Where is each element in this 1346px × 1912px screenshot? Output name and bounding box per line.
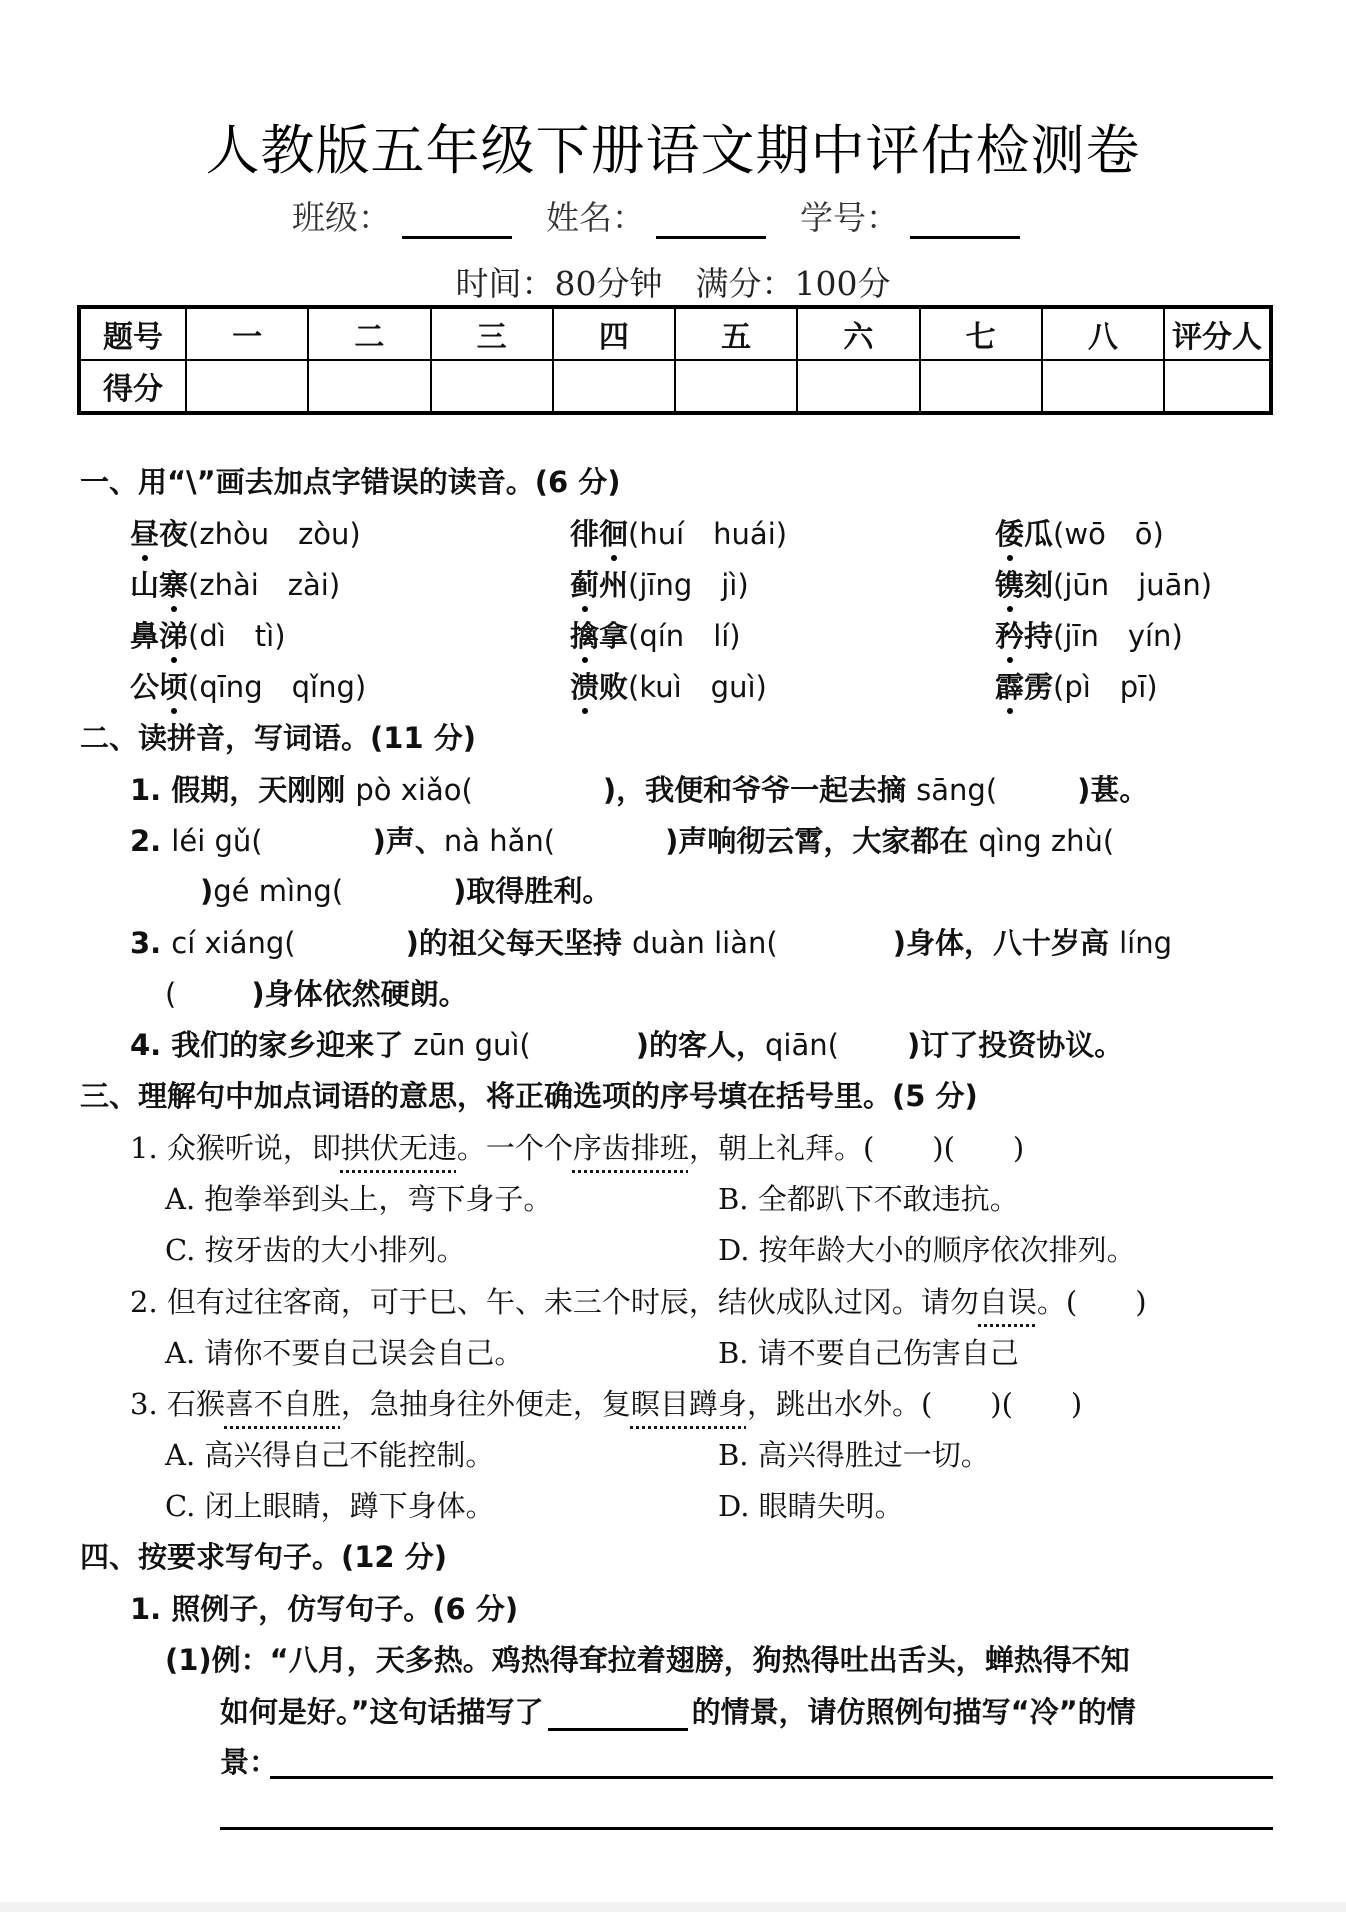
pinyin-question-4: 4. 我们的家乡迎来了 zūn guì()的客人，qiān()订了投资协议。 — [130, 1023, 1123, 1064]
question-text: )订了投资协议。 — [907, 1028, 1123, 1062]
class-input-line[interactable] — [402, 206, 512, 239]
question-text: 2. 但有过往客商，可于巳、午、未三个时辰，结伙成队过冈。请勿 — [130, 1285, 979, 1319]
pronunciation-item: 鼻涕(dì tì) — [130, 614, 286, 655]
word-char: 徘 — [570, 517, 599, 551]
pinyin-prompt: léi gǔ( — [171, 824, 262, 858]
word-char: 拿 — [599, 619, 628, 653]
student-id-field: 学号： — [800, 192, 1020, 239]
dotted-char: 涕 — [159, 619, 188, 653]
question-text: 3. 石猴 — [130, 1387, 225, 1421]
pinyin-prompt: gé mìng( — [213, 874, 343, 908]
pinyin-options[interactable]: (wō ō) — [1053, 517, 1164, 551]
question-text: 。一个个 — [457, 1131, 573, 1165]
question-text: )葚。 — [1077, 773, 1148, 807]
score-cell[interactable] — [186, 360, 308, 413]
score-cell[interactable] — [1164, 360, 1271, 413]
exam-title: 人教版五年级下册语文期中评估检测卷 — [0, 108, 1346, 185]
header-cell: 七 — [920, 307, 1042, 360]
option-a[interactable]: A. 高兴得自己不能控制。 — [165, 1433, 494, 1474]
section-3-heading: 三、理解句中加点词语的意思，将正确选项的序号填在括号里。(5 分) — [80, 1074, 978, 1115]
header-cell: 八 — [1042, 307, 1164, 360]
score-cell[interactable] — [920, 360, 1042, 413]
sub-question-1: 1. 照例子，仿写句子。(6 分) — [130, 1587, 518, 1628]
pinyin-prompt: duàn liàn( — [632, 926, 778, 960]
pinyin-prompt: qiān( — [765, 1028, 839, 1062]
score-cell[interactable] — [797, 360, 919, 413]
pinyin-prompt: nà hǎn( — [444, 824, 555, 858]
example-sentence-line-2: 如何是好。”这句话描写了的情景，请仿照例句描写“冷”的情 — [220, 1690, 1136, 1731]
dotted-char: 矜 — [995, 619, 1024, 653]
word-char: 公 — [130, 670, 159, 704]
option-c[interactable]: C. 闭上眼睛，蹲下身体。 — [165, 1484, 495, 1525]
meaning-question-3: 3. 石猴喜不自胜，急抽身往外便走，复瞑目蹲身，跳出水外。( )( ) — [130, 1382, 1082, 1423]
score-row: 得分 — [79, 360, 1271, 413]
student-id-label: 学号： — [800, 198, 899, 237]
header-cell: 四 — [553, 307, 675, 360]
student-id-input-line[interactable] — [910, 206, 1020, 239]
question-text: )的客人， — [636, 1028, 765, 1062]
pronunciation-item: 擒拿(qín lí) — [570, 614, 741, 655]
question-text: )，我便和爷爷一起去摘 — [603, 773, 916, 807]
pinyin-options[interactable]: (pì pī) — [1053, 670, 1158, 704]
question-text: )身体，八十岁高 — [893, 926, 1119, 960]
word-char: 雳 — [1024, 670, 1053, 704]
question-text: 1. 假期，天刚刚 — [130, 773, 355, 807]
class-field: 班级： — [292, 192, 512, 239]
header-cell: 五 — [675, 307, 797, 360]
word-char: 州 — [599, 568, 628, 602]
pronunciation-item: 溃败(kuì guì) — [570, 665, 767, 706]
word-char: 夜 — [159, 517, 188, 551]
pinyin-options[interactable]: (qīng qǐng) — [188, 670, 366, 704]
option-b[interactable]: B. 请不要自己伤害自己 — [718, 1331, 1019, 1372]
dotted-phrase: 瞑目蹲身 — [631, 1387, 747, 1421]
header-cell: 一 — [186, 307, 308, 360]
name-input-line[interactable] — [656, 206, 766, 239]
word-char: 持 — [1024, 619, 1053, 653]
scene-answer-blank[interactable] — [548, 1700, 688, 1731]
question-text: )取得胜利。 — [453, 874, 611, 908]
question-text: ) — [200, 874, 213, 908]
example-sentence-line-3: 景： — [220, 1740, 278, 1781]
header-cell: 二 — [308, 307, 430, 360]
question-text: 如何是好。”这句话描写了 — [220, 1695, 544, 1729]
word-char: 瓜 — [1024, 517, 1053, 551]
dotted-char: 顷 — [159, 670, 188, 704]
option-d[interactable]: D. 按年龄大小的顺序依次排列。 — [718, 1228, 1136, 1269]
pronunciation-item: 蓟州(jīng jì) — [570, 563, 749, 604]
option-b[interactable]: B. 高兴得胜过一切。 — [718, 1433, 990, 1474]
pinyin-prompt: qìng zhù( — [978, 824, 1114, 858]
meaning-question-2: 2. 但有过往客商，可于巳、午、未三个时辰，结伙成队过冈。请勿自误。( ) — [130, 1280, 1147, 1321]
pinyin-options[interactable]: (jīn yín) — [1053, 619, 1183, 653]
pinyin-question-2-cont: )gé mìng()取得胜利。 — [200, 869, 611, 910]
question-text: )声、 — [373, 824, 444, 858]
dotted-char: 霹 — [995, 670, 1024, 704]
pinyin-options[interactable]: (kuì guì) — [628, 670, 767, 704]
dotted-char: 寨 — [159, 568, 188, 602]
word-char: 山 — [130, 568, 159, 602]
score-table: 题号 一 二 三 四 五 六 七 八 评分人 得分 — [77, 305, 1273, 415]
example-sentence-line-1: (1)例：“八月，天多热。鸡热得耷拉着翅膀，狗热得吐出舌头，蝉热得不知 — [165, 1638, 1130, 1679]
option-a[interactable]: A. 请你不要自己误会自己。 — [165, 1331, 523, 1372]
dotted-phrase: 拱伏无违 — [341, 1131, 457, 1165]
question-text: )身体依然硬朗。 — [251, 977, 467, 1011]
pronunciation-item: 山寨(zhài zài) — [130, 563, 340, 604]
pinyin-prompt: sāng( — [916, 773, 997, 807]
pinyin-options[interactable]: (huí huái) — [628, 517, 787, 551]
question-text: )的祖父每天坚持 — [406, 926, 632, 960]
pronunciation-item: 倭瓜(wō ō) — [995, 512, 1164, 553]
name-field: 姓名： — [546, 192, 766, 239]
section-2-heading: 二、读拼音，写词语。(11 分) — [80, 716, 476, 757]
pinyin-options[interactable]: (zhòu zòu) — [188, 517, 361, 551]
pinyin-options[interactable]: (dì tì) — [188, 619, 286, 653]
question-text: 的情景，请仿照例句描写“冷”的情 — [692, 1695, 1136, 1729]
pronunciation-item: 镌刻(jūn juān) — [995, 563, 1212, 604]
question-text: 1. 众猴听说，即 — [130, 1131, 341, 1165]
dotted-char: 昼 — [130, 517, 159, 551]
pinyin-prompt: pò xiǎo( — [355, 773, 472, 807]
pinyin-options[interactable]: (zhài zài) — [188, 568, 340, 602]
score-cell[interactable] — [553, 360, 675, 413]
pinyin-options[interactable]: (jīng jì) — [628, 568, 749, 602]
dotted-phrase: 序齿排班 — [573, 1131, 689, 1165]
dotted-char: 镌 — [995, 568, 1024, 602]
header-cell: 三 — [431, 307, 553, 360]
pinyin-prompt: zūn guì( — [413, 1028, 530, 1062]
section-1-heading: 一、用“\”画去加点字错误的读音。(6 分) — [80, 460, 621, 501]
score-cell[interactable] — [675, 360, 797, 413]
answer-brackets[interactable]: 。( ) — [1037, 1285, 1147, 1319]
pinyin-prompt: cí xiáng( — [171, 926, 295, 960]
time-score-info: 时间：80分钟 满分：100分 — [0, 258, 1346, 305]
question-text: 3. — [130, 926, 171, 960]
option-c[interactable]: C. 按牙齿的大小排列。 — [165, 1228, 466, 1269]
dotted-char: 徊 — [599, 517, 628, 551]
pinyin-question-2: 2. léi gǔ()声、nà hǎn()声响彻云霄，大家都在 qìng zhù… — [130, 819, 1114, 860]
pronunciation-item: 霹雳(pì pī) — [995, 665, 1158, 706]
dotted-char: 擒 — [570, 619, 599, 653]
pronunciation-item: 矜持(jīn yín) — [995, 614, 1183, 655]
pronunciation-item: 徘徊(huí huái) — [570, 512, 787, 553]
question-number-row: 题号 一 二 三 四 五 六 七 八 评分人 — [79, 307, 1271, 360]
question-text: 4. 我们的家乡迎来了 — [130, 1028, 413, 1062]
dotted-char: 蓟 — [570, 568, 599, 602]
word-char: 败 — [599, 670, 628, 704]
score-cell[interactable] — [308, 360, 430, 413]
question-text: ，急抽身往外便走，复 — [341, 1387, 631, 1421]
writing-answer-line-1[interactable] — [270, 1776, 1273, 1779]
question-text: 2. — [130, 824, 171, 858]
header-cell: 评分人 — [1164, 307, 1271, 360]
header-cell: 六 — [797, 307, 919, 360]
header-cell: 题号 — [79, 307, 186, 360]
dotted-char: 倭 — [995, 517, 1024, 551]
writing-answer-line-2[interactable] — [220, 1827, 1273, 1830]
dotted-phrase: 喜不自胜 — [225, 1387, 341, 1421]
question-text: )声响彻云霄，大家都在 — [665, 824, 978, 858]
score-cell[interactable] — [1042, 360, 1164, 413]
pinyin-options[interactable]: (qín lí) — [628, 619, 741, 653]
answer-brackets[interactable]: ，跳出水外。( )( ) — [747, 1387, 1082, 1421]
score-row-label: 得分 — [79, 360, 186, 413]
option-a[interactable]: A. 抱拳举到头上，弯下身子。 — [165, 1177, 552, 1218]
option-d[interactable]: D. 眼睛失明。 — [718, 1484, 904, 1525]
name-label: 姓名： — [546, 198, 645, 237]
word-char: 刻 — [1024, 568, 1053, 602]
meaning-question-1: 1. 众猴听说，即拱伏无违。一个个序齿排班，朝上礼拜。( )( ) — [130, 1126, 1024, 1167]
pinyin-question-3-cont: ()身体依然硬朗。 — [165, 972, 468, 1013]
option-b[interactable]: B. 全都趴下不敢违抗。 — [718, 1177, 1019, 1218]
pronunciation-item: 公顷(qīng qǐng) — [130, 665, 366, 706]
answer-brackets[interactable]: ，朝上礼拜。( )( ) — [689, 1131, 1024, 1165]
dotted-phrase: 自误 — [979, 1285, 1037, 1319]
pronunciation-item: 昼夜(zhòu zòu) — [130, 512, 361, 553]
page-bottom-edge — [0, 1902, 1346, 1912]
question-text: ( — [165, 977, 176, 1011]
word-char: 鼻 — [130, 619, 159, 653]
pinyin-options[interactable]: (jūn juān) — [1053, 568, 1212, 602]
pinyin-question-1: 1. 假期，天刚刚 pò xiǎo()，我便和爷爷一起去摘 sāng()葚。 — [130, 768, 1148, 809]
class-label: 班级： — [292, 198, 391, 237]
score-cell[interactable] — [431, 360, 553, 413]
pinyin-prompt: líng — [1119, 926, 1172, 960]
pinyin-question-3: 3. cí xiáng()的祖父每天坚持 duàn liàn()身体，八十岁高 … — [130, 921, 1172, 962]
section-4-heading: 四、按要求写句子。(12 分) — [80, 1535, 447, 1576]
dotted-char: 溃 — [570, 670, 599, 704]
